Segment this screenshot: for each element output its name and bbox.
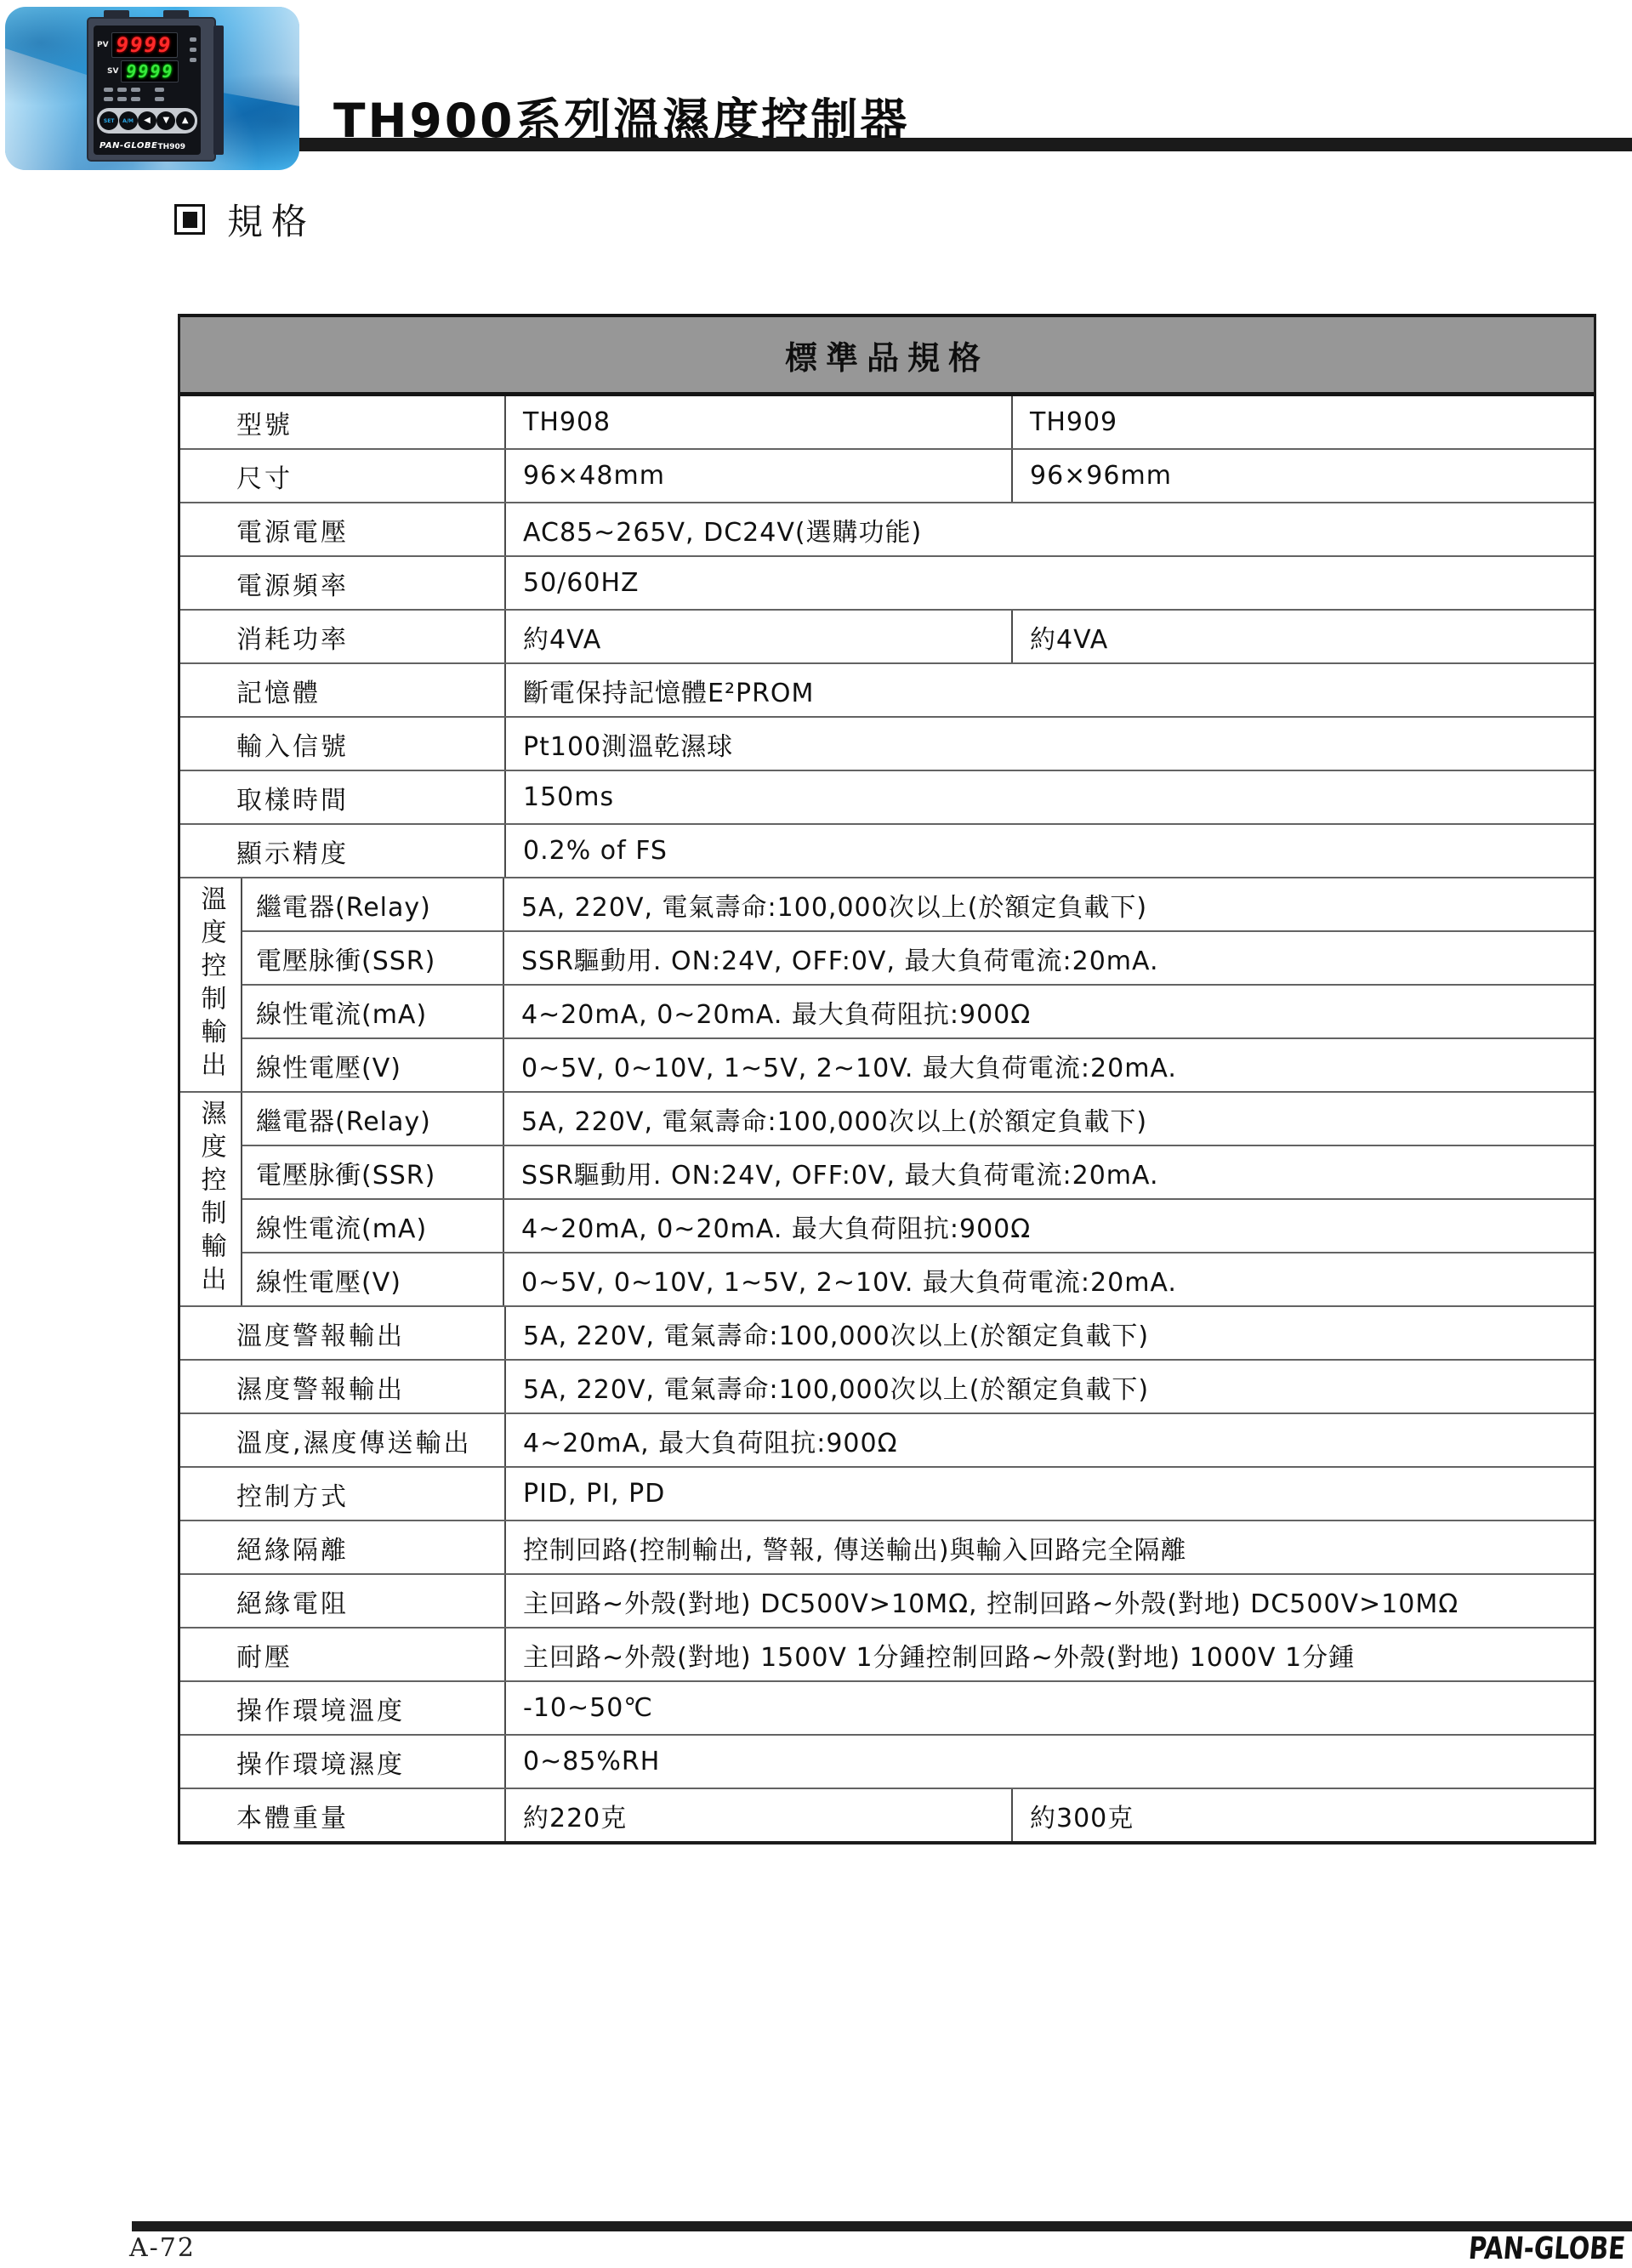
- temp-control-output-section: 溫度控制輸出 繼電器(Relay) 5A, 220V, 電氣壽命:100,000…: [180, 878, 1594, 1093]
- row-label: 操作環境溫度: [180, 1682, 506, 1734]
- spec-row-insulation-resistance: 絕緣電阻 主回路~外殼(對地) DC500V>10MΩ, 控制回路~外殼(對地)…: [180, 1575, 1594, 1629]
- row-value: 5A, 220V, 電氣壽命:100,000次以上(於額定負載下): [504, 1093, 1594, 1145]
- pv-digits: 9999: [117, 33, 173, 57]
- row-label: 濕度警報輸出: [180, 1361, 506, 1413]
- row-value: 4~20mA, 0~20mA. 最大負荷阻抗:900Ω: [504, 1200, 1594, 1252]
- section-label-cell: 濕度控制輸出: [180, 1093, 242, 1305]
- spec-row-control-method: 控制方式 PID, PI, PD: [180, 1468, 1594, 1521]
- footer-divider-bar: [132, 2221, 1632, 2231]
- row-label: 溫度,濕度傳送輸出: [180, 1414, 506, 1466]
- status-led-icon: [190, 37, 196, 42]
- row-label: 顯示精度: [180, 825, 506, 877]
- spec-row-sampling-time: 取樣時間 150ms: [180, 771, 1594, 825]
- indicator-icon: [117, 97, 127, 101]
- pv-display: 9999: [111, 32, 178, 58]
- set-button: SET: [100, 111, 118, 130]
- spec-row-insulation-isolation: 絕緣隔離 控制回路(控制輸出, 警報, 傳送輸出)與輸入回路完全隔離: [180, 1521, 1594, 1575]
- row-value-th909: 約300克: [1013, 1789, 1594, 1841]
- device-model-label: TH909: [158, 143, 185, 151]
- section-label: 濕度控制輸出: [192, 1100, 230, 1299]
- spec-row-relay: 繼電器(Relay) 5A, 220V, 電氣壽命:100,000次以上(於額定…: [242, 1093, 1594, 1146]
- button-strip: SET A/M ◀ ▼ ▲: [97, 108, 197, 134]
- pan-globe-logo: PAN-GLOBE: [1467, 2231, 1626, 2266]
- device-front-panel: PV 9999 SV 9999: [94, 26, 201, 155]
- row-value: 0~85%RH: [506, 1736, 1594, 1788]
- row-value: Pt100測溫乾濕球: [506, 718, 1594, 770]
- indicator-row: [104, 88, 201, 92]
- sv-digits: 9999: [126, 61, 173, 82]
- row-label: 電壓脉衝(SSR): [242, 932, 504, 984]
- table-title: 標準品規格: [180, 314, 1594, 396]
- section-label-cell: 溫度控制輸出: [180, 878, 242, 1091]
- row-label: 型號: [180, 396, 506, 448]
- row-value: PID, PI, PD: [506, 1468, 1594, 1520]
- spec-table: 標準品規格 型號 TH908 TH909 尺寸 96×48mm 96×96mm …: [178, 314, 1596, 1845]
- spec-row-power-consumption: 消耗功率 約4VA 約4VA: [180, 611, 1594, 664]
- row-value: 5A, 220V, 電氣壽命:100,000次以上(於額定負載下): [504, 878, 1594, 930]
- indicator-icon: [117, 88, 127, 92]
- row-label: 繼電器(Relay): [242, 1093, 504, 1145]
- row-value-th908: 96×48mm: [506, 450, 1013, 502]
- row-value: 控制回路(控制輸出, 警報, 傳送輸出)與輸入回路完全隔離: [506, 1521, 1594, 1573]
- mounting-tab: [163, 10, 189, 19]
- status-led-column: [190, 37, 196, 62]
- row-value: 5A, 220V, 電氣壽命:100,000次以上(於額定負載下): [506, 1361, 1594, 1413]
- spec-row-temp-alarm-output: 溫度警報輸出 5A, 220V, 電氣壽命:100,000次以上(於額定負載下): [180, 1307, 1594, 1361]
- row-value: 5A, 220V, 電氣壽命:100,000次以上(於額定負載下): [506, 1307, 1594, 1359]
- row-label: 線性電壓(V): [242, 1253, 504, 1305]
- row-label: 記憶體: [180, 664, 506, 716]
- auto-manual-button: A/M: [119, 111, 138, 130]
- section-bullet-icon: [174, 204, 205, 235]
- row-label: 溫度警報輸出: [180, 1307, 506, 1359]
- spec-row-input-signal: 輸入信號 Pt100測溫乾濕球: [180, 718, 1594, 771]
- row-value-th909: 約4VA: [1013, 611, 1594, 662]
- spec-row-memory: 記憶體 斷電保持記憶體E²PROM: [180, 664, 1594, 718]
- spec-row-operating-temp: 操作環境溫度 -10~50℃: [180, 1682, 1594, 1736]
- row-label: 本體重量: [180, 1789, 506, 1841]
- left-arrow-button: ◀: [138, 111, 156, 130]
- row-label: 電壓脉衝(SSR): [242, 1146, 504, 1198]
- spec-row-power-frequency: 電源頻率 50/60HZ: [180, 557, 1594, 611]
- row-label: 尺寸: [180, 450, 506, 502]
- row-label: 取樣時間: [180, 771, 506, 823]
- spec-row-linear-voltage: 線性電壓(V) 0~5V, 0~10V, 1~5V, 2~10V. 最大負荷電流…: [242, 1253, 1594, 1305]
- row-value: 0.2% of FS: [506, 825, 1594, 877]
- row-value: AC85~265V, DC24V(選購功能): [506, 503, 1594, 555]
- page-number: A-72: [129, 2233, 196, 2263]
- spec-row-linear-voltage: 線性電壓(V) 0~5V, 0~10V, 1~5V, 2~10V. 最大負荷電流…: [242, 1039, 1594, 1091]
- down-arrow-button: ▼: [156, 111, 175, 130]
- row-value: 斷電保持記憶體E²PROM: [506, 664, 1594, 716]
- spec-row-linear-current: 線性電流(mA) 4~20mA, 0~20mA. 最大負荷阻抗:900Ω: [242, 986, 1594, 1039]
- spec-row-relay: 繼電器(Relay) 5A, 220V, 電氣壽命:100,000次以上(於額定…: [242, 878, 1594, 932]
- spec-row-display-accuracy: 顯示精度 0.2% of FS: [180, 825, 1594, 878]
- spec-row-operating-humidity: 操作環境濕度 0~85%RH: [180, 1736, 1594, 1789]
- status-led-icon: [190, 58, 196, 62]
- indicator-icon: [104, 97, 113, 101]
- row-label: 絕緣隔離: [180, 1521, 506, 1573]
- row-label: 輸入信號: [180, 718, 506, 770]
- row-value-th909: TH909: [1013, 396, 1594, 448]
- row-label: 控制方式: [180, 1468, 506, 1520]
- row-label: 線性電壓(V): [242, 1039, 504, 1091]
- spec-row-linear-current: 線性電流(mA) 4~20mA, 0~20mA. 最大負荷阻抗:900Ω: [242, 1200, 1594, 1253]
- row-label: 電源頻率: [180, 557, 506, 609]
- spec-section-heading: 規格: [174, 194, 316, 245]
- row-label: 絕緣電阻: [180, 1575, 506, 1627]
- row-value: 150ms: [506, 771, 1594, 823]
- title-underline-bar: [299, 138, 1632, 151]
- pv-label: PV: [97, 41, 109, 49]
- row-label: 耐壓: [180, 1629, 506, 1680]
- spec-heading-text: 規格: [227, 194, 316, 245]
- row-value: 4~20mA, 最大負荷阻抗:900Ω: [506, 1414, 1594, 1466]
- spec-row-ssr-pulse: 電壓脉衝(SSR) SSR驅動用. ON:24V, OFF:0V, 最大負荷電流…: [242, 932, 1594, 986]
- indicator-row: [104, 97, 201, 101]
- product-photo: PV 9999 SV 9999: [5, 7, 299, 170]
- spec-row-model: 型號 TH908 TH909: [180, 396, 1594, 450]
- up-arrow-icon: ▲: [182, 117, 189, 125]
- indicator-icon: [131, 88, 140, 92]
- row-label: 繼電器(Relay): [242, 878, 504, 930]
- row-value-th909: 96×96mm: [1013, 450, 1594, 502]
- row-value: 4~20mA, 0~20mA. 最大負荷阻抗:900Ω: [504, 986, 1594, 1037]
- sv-label: SV: [107, 67, 118, 76]
- indicator-icon: [155, 88, 164, 92]
- row-value: SSR驅動用. ON:24V, OFF:0V, 最大負荷電流:20mA.: [504, 932, 1594, 984]
- row-label: 操作環境濕度: [180, 1736, 506, 1788]
- row-value: SSR驅動用. ON:24V, OFF:0V, 最大負荷電流:20mA.: [504, 1146, 1594, 1198]
- left-arrow-icon: ◀: [144, 117, 151, 125]
- indicator-icon: [131, 97, 140, 101]
- row-label: 電源電壓: [180, 503, 506, 555]
- down-arrow-icon: ▼: [163, 117, 170, 125]
- device-side: [213, 26, 224, 155]
- indicator-icon: [155, 97, 164, 101]
- row-value: 0~5V, 0~10V, 1~5V, 2~10V. 最大負荷電流:20mA.: [504, 1039, 1594, 1091]
- row-label: 消耗功率: [180, 611, 506, 662]
- controller-device: PV 9999 SV 9999: [87, 17, 216, 162]
- up-arrow-button: ▲: [176, 111, 195, 130]
- row-value: 50/60HZ: [506, 557, 1594, 609]
- mounting-tab: [104, 10, 129, 19]
- indicator-icon: [104, 88, 113, 92]
- status-led-icon: [190, 48, 196, 52]
- row-value: 主回路~外殼(對地) DC500V>10MΩ, 控制回路~外殼(對地) DC50…: [506, 1575, 1594, 1627]
- spec-row-transmission-output: 溫度,濕度傳送輸出 4~20mA, 最大負荷阻抗:900Ω: [180, 1414, 1594, 1468]
- row-label: 線性電流(mA): [242, 986, 504, 1037]
- row-value-th908: 約4VA: [506, 611, 1013, 662]
- row-value: 主回路~外殼(對地) 1500V 1分鍾控制回路~外殼(對地) 1000V 1分…: [506, 1629, 1594, 1680]
- spec-row-weight: 本體重量 約220克 約300克: [180, 1789, 1594, 1841]
- humidity-control-output-section: 濕度控制輸出 繼電器(Relay) 5A, 220V, 電氣壽命:100,000…: [180, 1093, 1594, 1307]
- row-value: 0~5V, 0~10V, 1~5V, 2~10V. 最大負荷電流:20mA.: [504, 1253, 1594, 1305]
- catalog-page: PV 9999 SV 9999: [0, 0, 1632, 2268]
- device-brand-label: PAN-GLOBE: [100, 141, 157, 151]
- spec-row-size: 尺寸 96×48mm 96×96mm: [180, 450, 1594, 503]
- row-label: 線性電流(mA): [242, 1200, 504, 1252]
- section-label: 溫度控制輸出: [192, 885, 230, 1084]
- sv-display: 9999: [121, 60, 179, 82]
- row-value-th908: 約220克: [506, 1789, 1013, 1841]
- spec-row-withstand-voltage: 耐壓 主回路~外殼(對地) 1500V 1分鍾控制回路~外殼(對地) 1000V…: [180, 1629, 1594, 1682]
- row-value: -10~50℃: [506, 1682, 1594, 1734]
- spec-row-ssr-pulse: 電壓脉衝(SSR) SSR驅動用. ON:24V, OFF:0V, 最大負荷電流…: [242, 1146, 1594, 1200]
- spec-row-humidity-alarm-output: 濕度警報輸出 5A, 220V, 電氣壽命:100,000次以上(於額定負載下): [180, 1361, 1594, 1414]
- spec-row-power-voltage: 電源電壓 AC85~265V, DC24V(選購功能): [180, 503, 1594, 557]
- row-value-th908: TH908: [506, 396, 1013, 448]
